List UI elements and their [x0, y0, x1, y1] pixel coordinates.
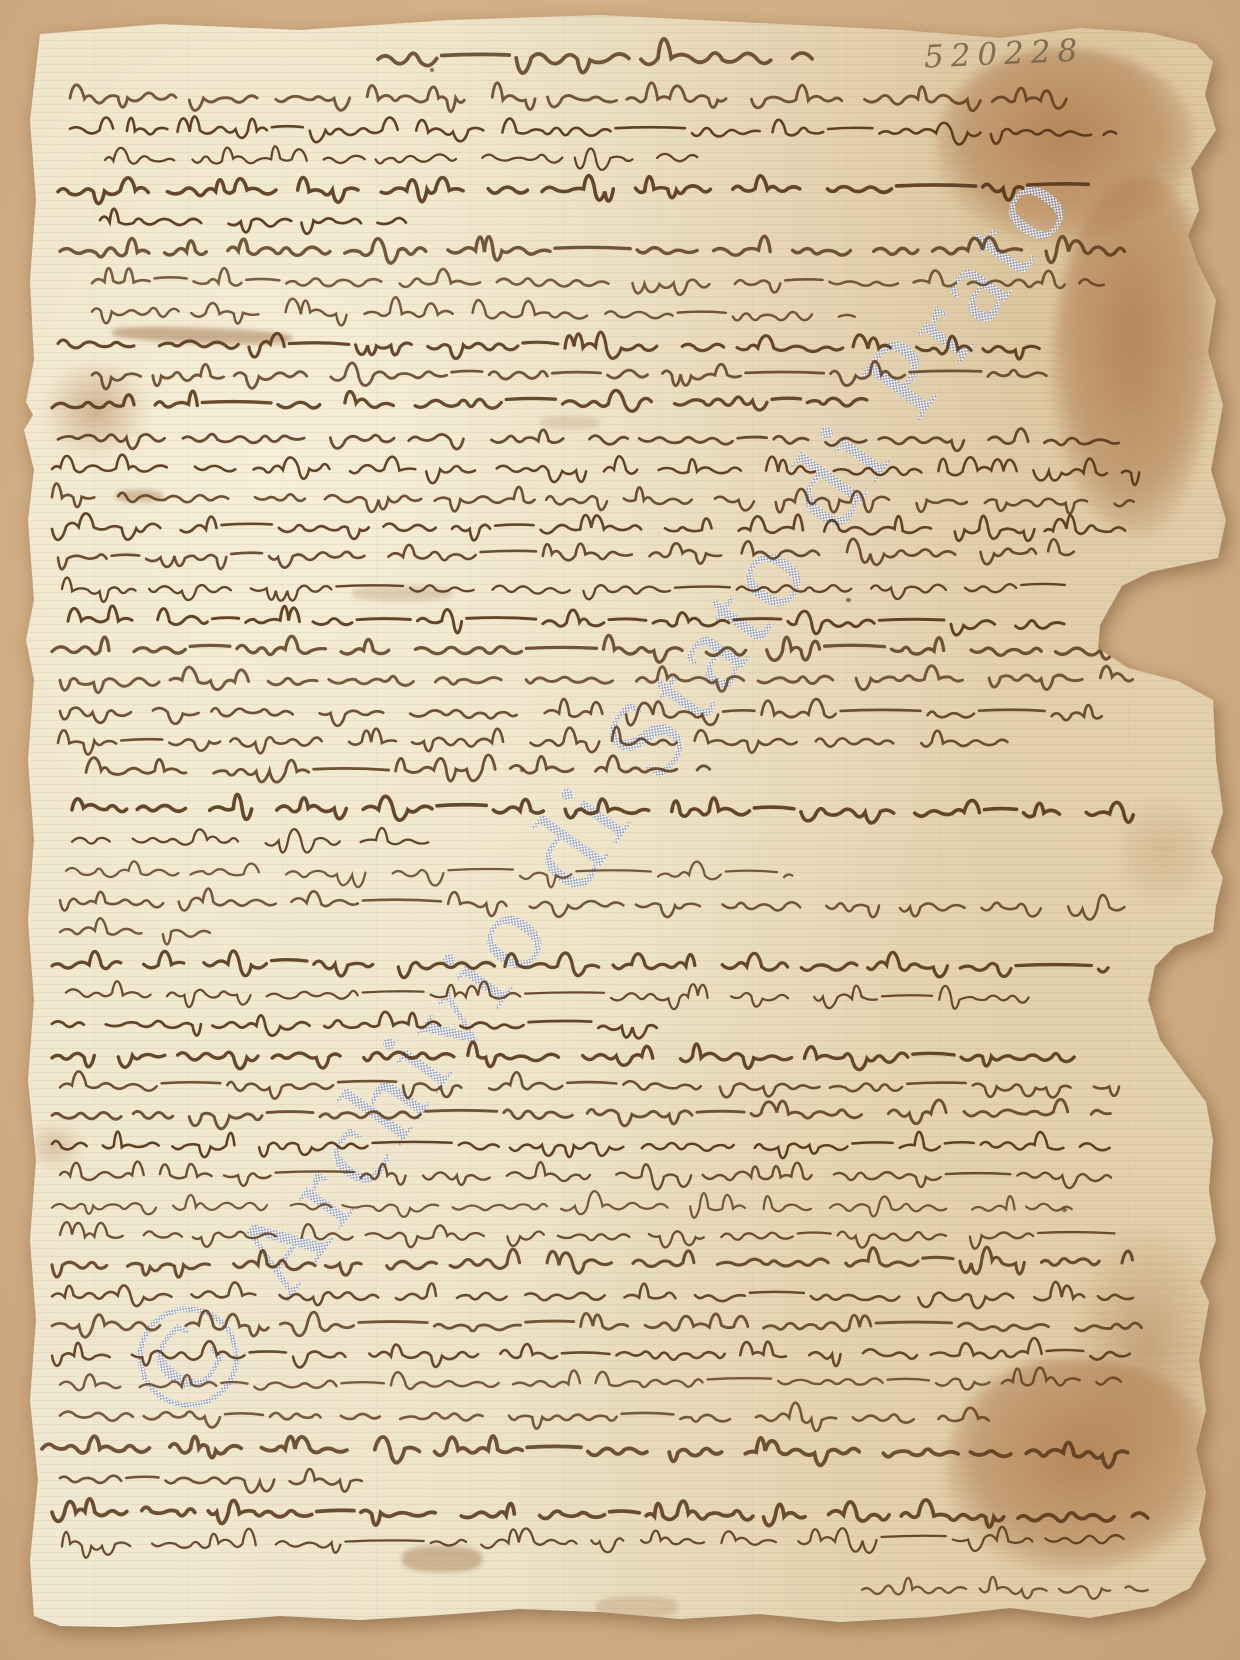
handwriting-ink-layer: [0, 0, 1240, 1660]
handwritten-line: [66, 981, 1029, 1009]
handwritten-line: [52, 484, 1134, 514]
handwritten-line: [58, 176, 1088, 204]
handwritten-line: [60, 666, 1133, 693]
handwritten-line: [60, 1368, 1121, 1391]
torn-edge-fibers: [30, 1620, 1200, 1634]
handwritten-line: [92, 361, 1046, 389]
handwritten-line: [52, 1311, 1142, 1337]
handwritten-line: [52, 1099, 1110, 1128]
handwritten-line: [862, 1577, 1148, 1599]
handwritten-line: [60, 1403, 989, 1431]
paper-sheet: © Archivio di Stato di Prato 520228: [0, 0, 1240, 1660]
handwritten-line: [52, 951, 1108, 978]
handwritten-line: [60, 236, 1125, 263]
handwritten-line: [52, 1499, 1148, 1527]
handwritten-line: [62, 1527, 1124, 1558]
handwritten-line: [62, 578, 1065, 602]
handwritten-line: [66, 861, 792, 887]
handwritten-line: [52, 1012, 657, 1038]
stain-bottom-dark: [402, 1546, 482, 1572]
handwritten-line: [58, 332, 1039, 359]
archive-number: 520228: [923, 33, 1085, 76]
handwritten-line: [60, 1469, 362, 1493]
paper-sheet-wrapper: © Archivio di Stato di Prato 520228: [0, 0, 1240, 1660]
handwritten-line: [60, 1071, 1119, 1098]
fly-speck: [1062, 1208, 1067, 1212]
handwritten-line: [58, 727, 1007, 755]
handwritten-line: [52, 1282, 1133, 1308]
handwritten-line: [52, 1338, 1130, 1367]
scanned-manuscript-page: © Archivio di Stato di Prato 520228: [0, 0, 1240, 1660]
handwritten-line: [52, 455, 1139, 485]
stain-streak-small: [115, 490, 163, 502]
watermark-text: Archivio di Stato di Prato: [206, 141, 1098, 1318]
handwritten-line: [70, 116, 1116, 144]
handwritten-line: [92, 268, 1104, 295]
handwritten-line: [58, 429, 1119, 451]
stain-top-right: [935, 48, 1195, 243]
handwritten-line: [60, 699, 1102, 726]
stain-left-dot: [28, 1122, 82, 1170]
stain-dot-center: [540, 416, 600, 429]
stain-right-lower: [1072, 1225, 1220, 1470]
fly-speck: [520, 768, 524, 772]
handwritten-line: [52, 1042, 1074, 1070]
handwritten-line: [100, 209, 406, 234]
fly-speck: [430, 68, 434, 72]
handwritten-line: [42, 1436, 1128, 1467]
stain-bottom-center: [596, 1596, 678, 1618]
handwritten-line: [92, 297, 855, 325]
handwritten-line: [52, 1131, 1110, 1158]
watermark-copyright-symbol: ©: [87, 1262, 288, 1451]
stain-right-middle: [1112, 795, 1217, 910]
stain-right-upper: [1050, 175, 1215, 535]
handwritten-line: [86, 755, 710, 782]
handwritten-line: [52, 390, 867, 411]
handwritten-line: [60, 1162, 1111, 1190]
handwritten-line: [72, 794, 1133, 822]
copyright-watermark: © Archivio di Stato di Prato: [0, 0, 1240, 1660]
handwritten-line: [60, 1222, 1115, 1248]
stain-streak-center: [352, 586, 452, 601]
handwritten-line: [72, 828, 428, 853]
handwritten-line: [52, 1191, 1072, 1218]
handwritten-line: [60, 918, 210, 944]
handwritten-line: [58, 539, 1074, 569]
stain-bottom-right: [945, 1358, 1217, 1573]
handwritten-line: [105, 146, 697, 170]
handwritten-line: [60, 889, 1124, 920]
handwritten-line: [52, 635, 1113, 662]
handwritten-line: [70, 83, 1066, 112]
stain-left-round: [44, 362, 148, 458]
handwritten-line: [52, 1247, 1133, 1277]
handwritten-line: [68, 606, 1064, 635]
fly-speck: [846, 598, 851, 602]
handwritten-line: [52, 513, 1125, 540]
stain-streak-left: [112, 325, 292, 346]
handwritten-line: [378, 39, 812, 73]
